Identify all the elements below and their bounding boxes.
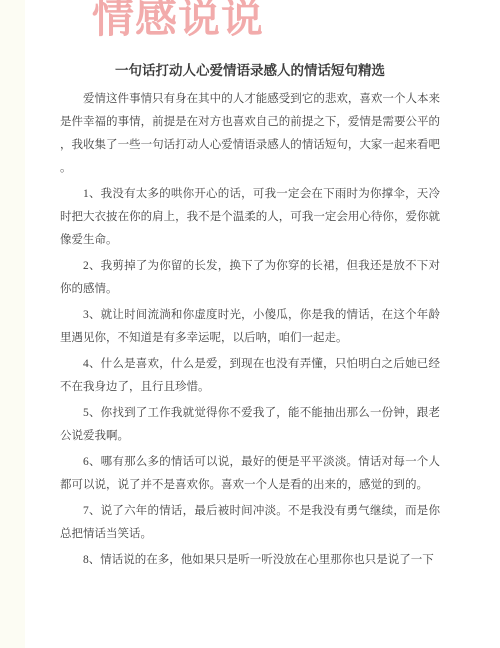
quote-item-6: 6、哪有那么多的情话可以说，最好的便是平平淡淡。情话对每一个人都可以说，说了并不… <box>60 451 440 497</box>
quote-item-3: 3、就让时间流淌和你虚度时光，小傻瓜，你是我的情话，在这个年龄里遇见你，不知道是… <box>60 304 440 350</box>
article-title: 一句话打动人心爱情语录感人的情话短句精选 <box>60 60 440 82</box>
page-left-margin-strip <box>0 0 25 648</box>
document-page: 情感说说 一句话打动人心爱情语录感人的情话短句精选 爱情这件事情只有身在其中的人… <box>0 0 500 648</box>
intro-paragraph: 爱情这件事情只有身在其中的人才能感受到它的悲欢，喜欢一个人本来是件幸福的事情，前… <box>60 88 440 180</box>
quote-item-7: 7、说了六年的情话，最后被时间冲淡。不是我没有勇气继续，而是你总把情话当笑话。 <box>60 500 440 546</box>
site-logo-watermark: 情感说说 <box>92 0 264 45</box>
quote-item-2: 2、我剪掉了为你留的长发，换下了为你穿的长裙，但我还是放不下对你的感情。 <box>60 255 440 301</box>
quote-item-5: 5、你找到了工作我就觉得你不爱我了，能不能抽出那么一份钟，跟老公说爱我啊。 <box>60 402 440 448</box>
quote-item-4: 4、什么是喜欢，什么是爱，到现在也没有弄懂，只怕明白之后她已经不在我身边了，且行… <box>60 353 440 399</box>
article-body: 一句话打动人心爱情语录感人的情话短句精选 爱情这件事情只有身在其中的人才能感受到… <box>60 60 440 575</box>
quote-item-1: 1、我没有太多的哄你开心的话，可我一定会在下雨时为你撑伞，天冷时把大衣披在你的肩… <box>60 183 440 252</box>
quote-item-8: 8、情话说的在多，他如果只是听一听没放在心里那你也只是说了一下 <box>60 549 440 572</box>
